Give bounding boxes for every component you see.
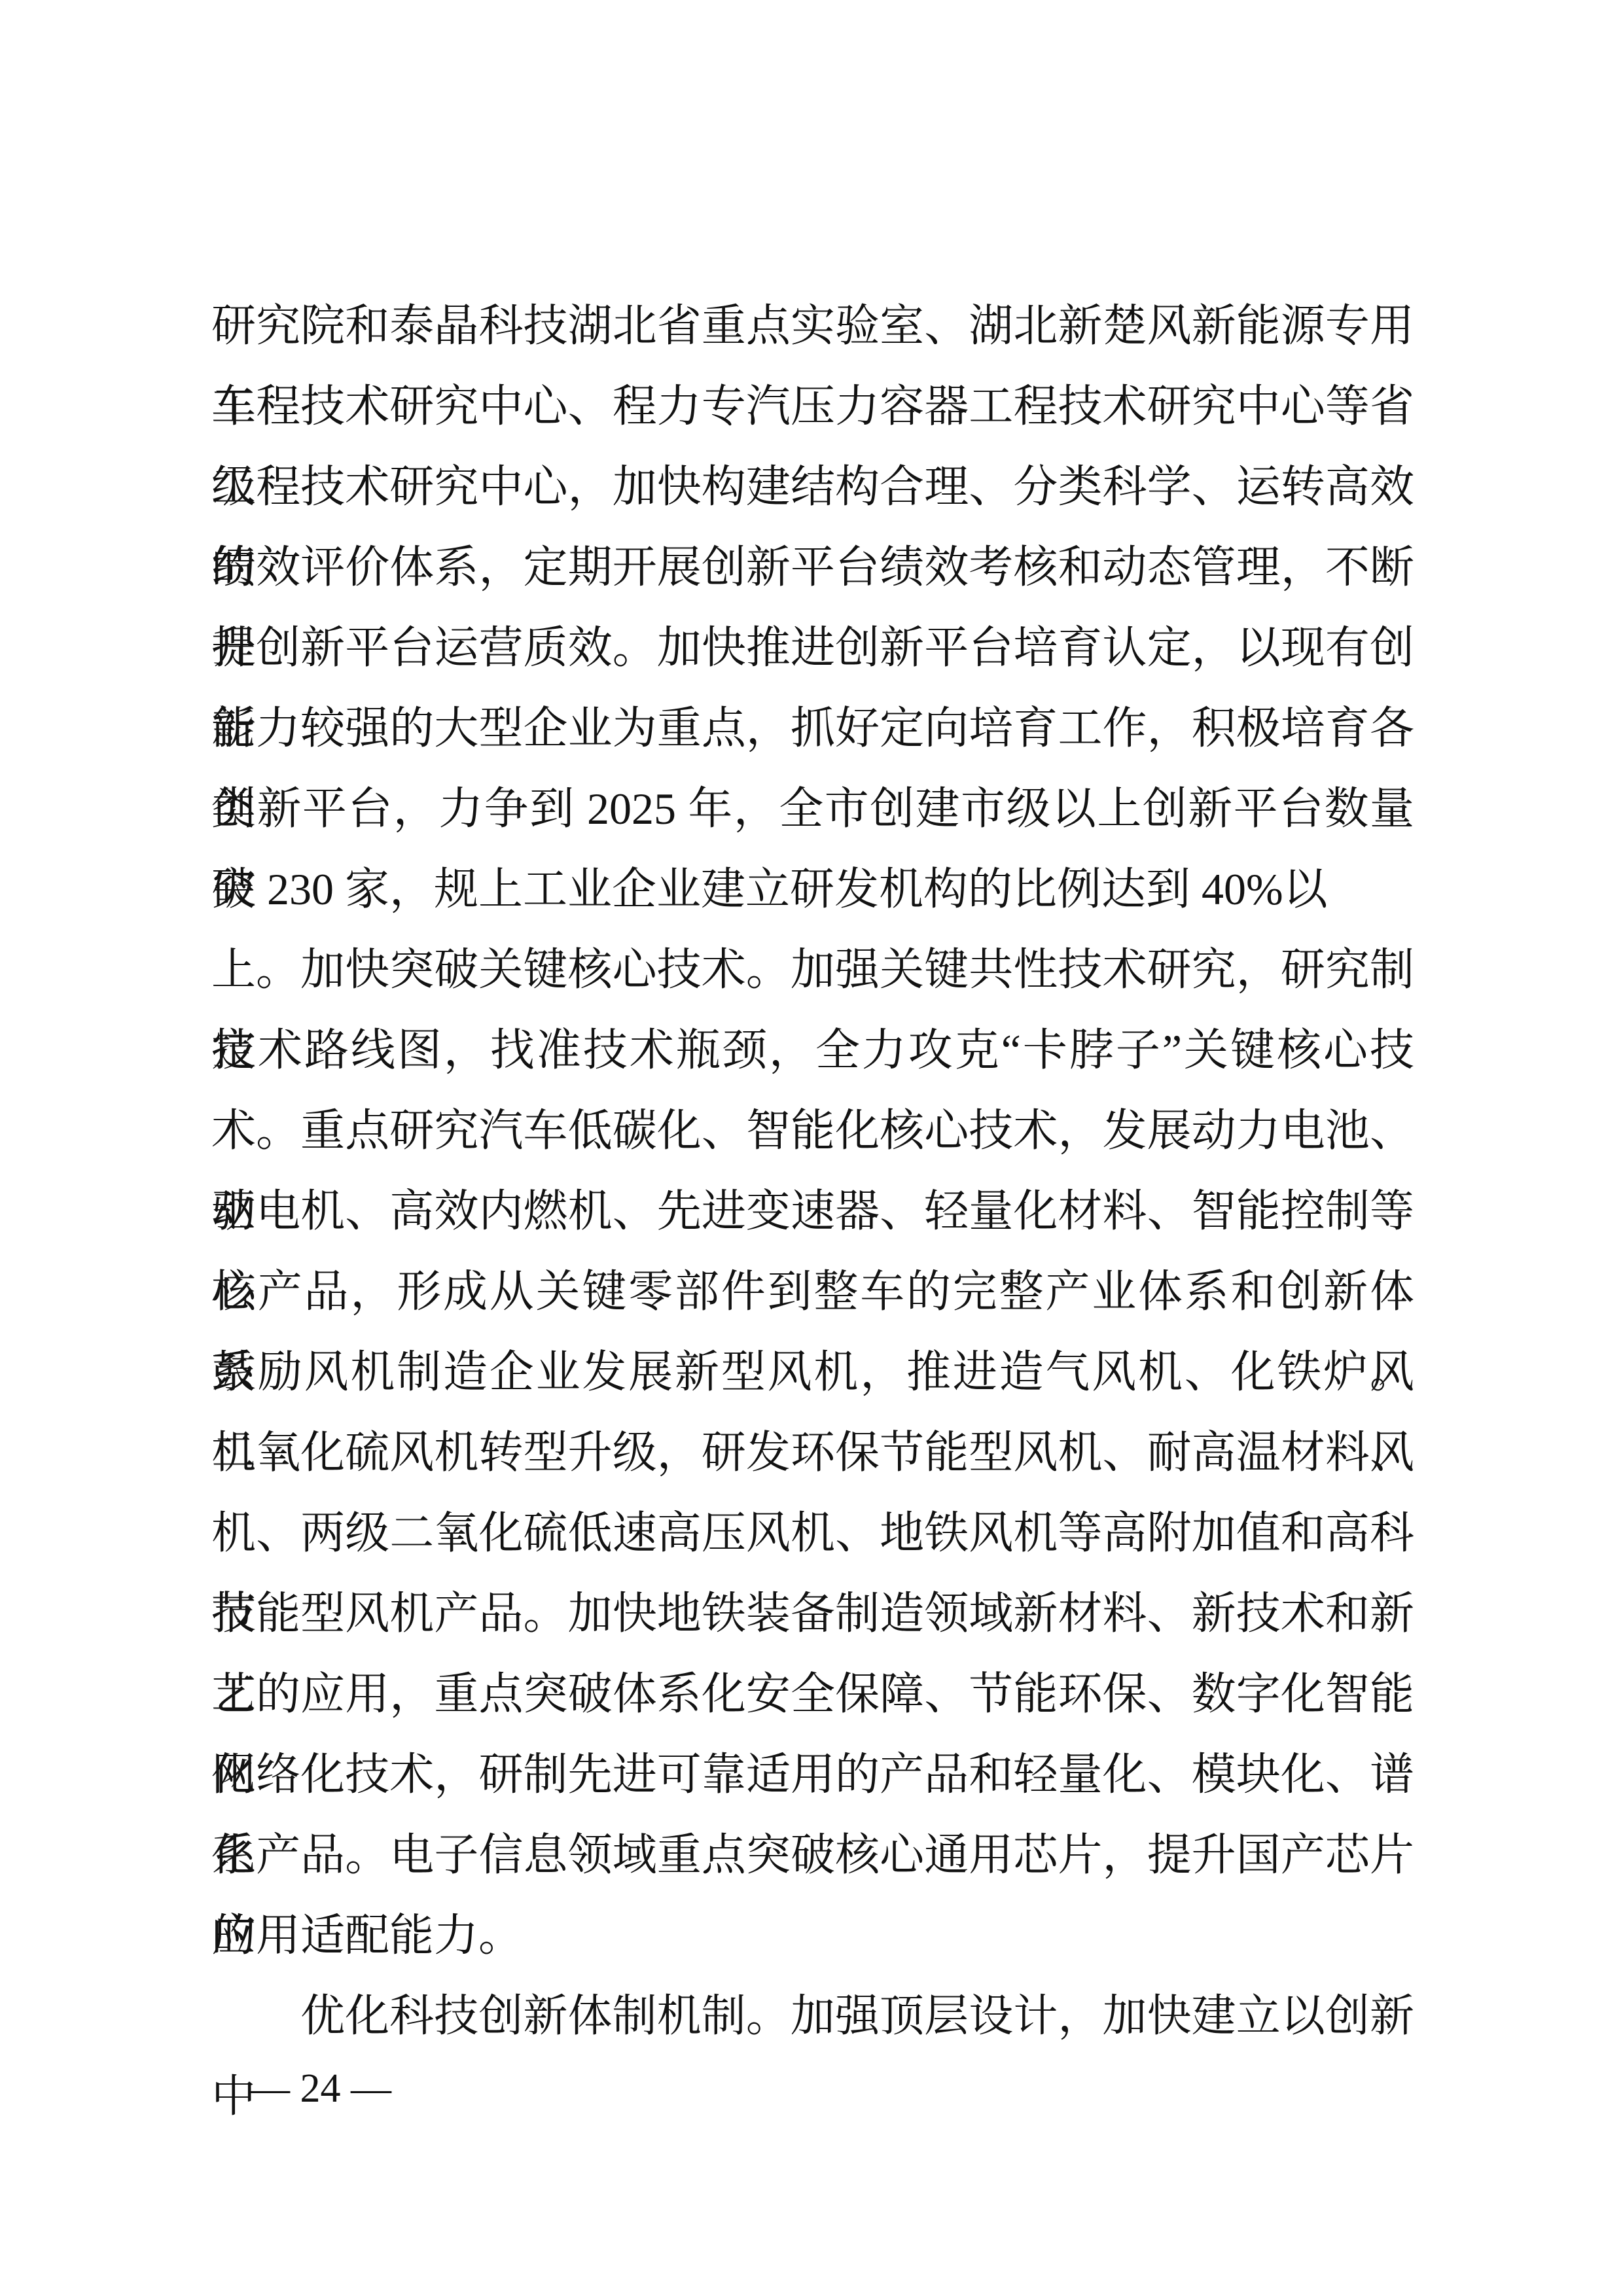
text-line: 工程技术研究中心，加快构建结构合理、分类科学、运转高效的 [211, 447, 1414, 527]
page-number: — 24 — [249, 2066, 391, 2111]
text-line: 创新平台，力争到 2025 年，全市创建市级以上创新平台数量突 [211, 769, 1414, 849]
text-line: 术。重点研究汽车低碳化、智能化核心技术，发展动力电池、驱 [211, 1091, 1414, 1171]
text-line: 动电机、高效内燃机、先进变速器、轻量化材料、智能控制等核 [211, 1171, 1414, 1252]
text-line: 网络化技术，研制先进可靠适用的产品和轻量化、模块化、谱系 [211, 1735, 1414, 1815]
text-line: 心产品，形成从关键零部件到整车的完整产业体系和创新体系。 [211, 1252, 1414, 1332]
text-line: 绩效评价体系，定期开展创新平台绩效考核和动态管理，不断提 [211, 527, 1414, 608]
text-line: 优化科技创新体制机制。加强顶层设计，加快建立以创新中 [211, 1976, 1414, 2057]
document-page: 研究院和泰晶科技湖北省重点实验室、湖北新楚风新能源专用车工程技术研究中心、程力专… [0, 0, 1623, 2296]
text-line: 加快突破关键核心技术。加强关键共性技术研究，研究制定 [211, 930, 1414, 1010]
text-line: 鼓励风机制造企业发展新型风机，推进造气风机、化铁炉风机、 [211, 1332, 1414, 1413]
text-line: 工程技术研究中心、程力专汽压力容器工程技术研究中心等省级 [211, 366, 1414, 447]
text-line: 艺的应用，重点突破体系化安全保障、节能环保、数字化智能化 [211, 1654, 1414, 1735]
text-line: 技术路线图，找准技术瓶颈，全力攻克“卡脖子”关键核心技 [211, 1010, 1414, 1091]
text-line: 研究院和泰晶科技湖北省重点实验室、湖北新楚风新能源专用车 [211, 286, 1414, 366]
text-line: 能力较强的大型企业为重点，抓好定向培育工作，积极培育各类 [211, 688, 1414, 769]
text-line: 化产品。电子信息领域重点突破核心通用芯片，提升国产芯片的 [211, 1815, 1414, 1896]
text-line: 应用适配能力。 [211, 1896, 1414, 1976]
text-line: 节能型风机产品。加快地铁装备制造领域新材料、新技术和新工 [211, 1574, 1414, 1654]
body-text: 研究院和泰晶科技湖北省重点实验室、湖北新楚风新能源专用车工程技术研究中心、程力专… [211, 286, 1414, 2057]
text-line: 二氧化硫风机转型升级，研发环保节能型风机、耐高温材料风 [211, 1413, 1414, 1493]
text-line: 破 230 家，规上工业企业建立研发机构的比例达到 40%以上。 [211, 849, 1414, 930]
text-line: 升创新平台运营质效。加快推进创新平台培育认定，以现有创新 [211, 608, 1414, 688]
text-line: 机、两级二氧化硫低速高压风机、地铁风机等高附加值和高科技 [211, 1493, 1414, 1574]
